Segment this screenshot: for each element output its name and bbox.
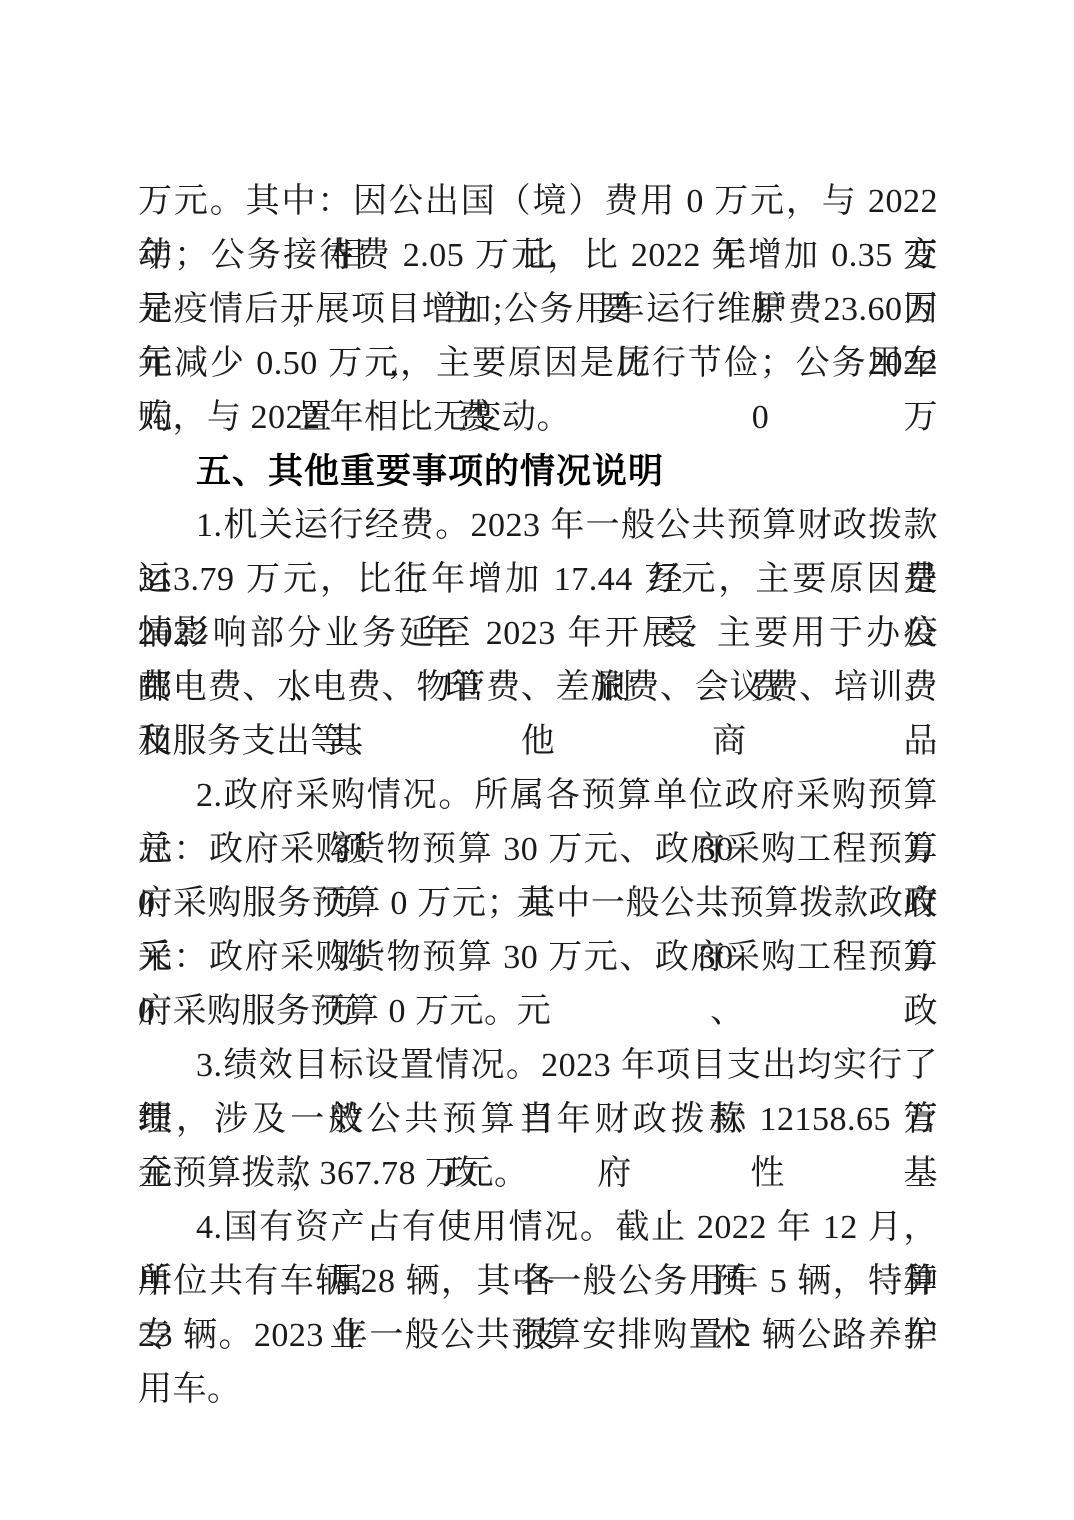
text-line: 4.国有资产占有使用情况。截止 2022 年 12 月，所属各预算 <box>138 1201 938 1255</box>
text-line: 1.机关运行经费。2023 年一般公共预算财政拨款运行经费 <box>138 499 938 553</box>
text-line: 理，涉及一般公共预算当年财政拨款 12158.65 万元，政府性基 <box>138 1093 938 1147</box>
document-page: 万元。其中：因公出国（境）费用 0 万元，与 2022 年相比无变动；公务接待费… <box>0 0 1074 1520</box>
text-line: 3.绩效目标设置情况。2023 年项目支出均实行了绩效目标管 <box>138 1039 938 1093</box>
text-line: 邮电费、水电费、物管费、差旅费、会议费、培训费及其他商品 <box>138 661 938 715</box>
section-heading: 五、其他重要事项的情况说明 <box>138 445 938 499</box>
text-line: 元：政府采购货物预算 30 万元、政府采购工程预算 0 万元、政 <box>138 931 938 985</box>
text-line: 23 辆。2023 年一般公共预算安排购置 2 辆公路养护用车。 <box>138 1309 938 1363</box>
text-line: 2.政府采购情况。所属各预算单位政府采购预算总额 30 万 <box>138 769 938 823</box>
text-line: 313.79 万元，比上年增加 17.44 万元，主要原因是 2022 年受疫 <box>138 553 938 607</box>
text-line: 府采购服务预算 0 万元；其中一般公共预算拨款政府采购 30 万 <box>138 877 938 931</box>
document-content: 万元。其中：因公出国（境）费用 0 万元，与 2022 年相比无变动；公务接待费… <box>138 175 938 1363</box>
text-line: 动；公务接待费 2.05 万元，比 2022 年增加 0.35 万元，主要原因 <box>138 229 938 283</box>
text-line: 单位共有车辆 28 辆，其中一般公务用车 5 辆，特种专业技术车 <box>138 1255 938 1309</box>
text-line: 情影响部分业务延至 2023 年开展。主要用于办公费、印刷费、 <box>138 607 938 661</box>
text-line: 万元。其中：因公出国（境）费用 0 万元，与 2022 年相比无变 <box>138 175 938 229</box>
text-line: 是疫情后开展项目增加;公务用车运行维护费23.60万元,比2022 <box>138 283 938 337</box>
text-line: 年减少 0.50 万元，主要原因是厉行节俭；公务用车购置费 0 万 <box>138 337 938 391</box>
text-line: 元：政府采购货物预算 30 万元、政府采购工程预算 0 万元、政 <box>138 823 938 877</box>
